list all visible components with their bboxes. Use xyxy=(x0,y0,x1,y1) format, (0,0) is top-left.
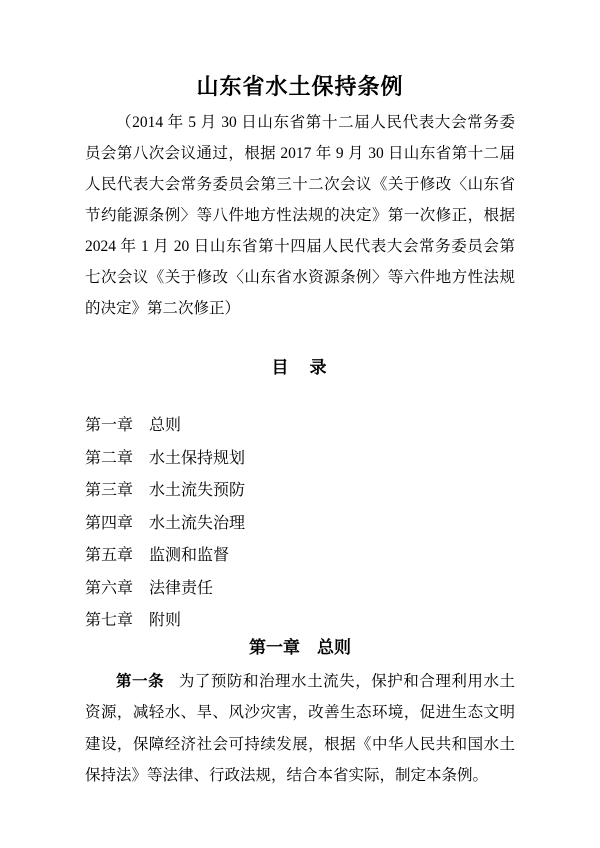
document-title: 山东省水土保持条例 xyxy=(0,0,600,102)
toc-item-chapter-1: 第一章 总则 xyxy=(85,410,515,443)
toc-heading: 目 录 xyxy=(0,353,600,383)
toc-item-chapter-7: 第七章 附则 xyxy=(85,605,515,638)
toc-list: 第一章 总则 第二章 水土保持规划 第三章 水土流失预防 第四章 水土流失治理 … xyxy=(85,410,515,638)
toc-item-chapter-4: 第四章 水土流失治理 xyxy=(85,508,515,541)
document-page: 山东省水土保持条例 （2014 年 5 月 30 日山东省第十二届人民代表大会常… xyxy=(0,0,600,848)
toc-item-chapter-6: 第六章 法律责任 xyxy=(85,573,515,606)
toc-item-chapter-3: 第三章 水土流失预防 xyxy=(85,475,515,508)
article-1-number-label: 第一条 xyxy=(116,673,164,690)
article-1-paragraph: 第一条为了预防和治理水土流失，保护和合理利用水土资源，减轻水、旱、风沙灾害，改善… xyxy=(85,666,515,792)
toc-item-chapter-5: 第五章 监测和监督 xyxy=(85,540,515,573)
chapter-1-heading: 第一章 总则 xyxy=(0,638,600,658)
preamble-paragraph: （2014 年 5 月 30 日山东省第十二届人民代表大会常务委员会第八次会议通… xyxy=(85,107,515,324)
toc-item-chapter-2: 第二章 水土保持规划 xyxy=(85,443,515,476)
